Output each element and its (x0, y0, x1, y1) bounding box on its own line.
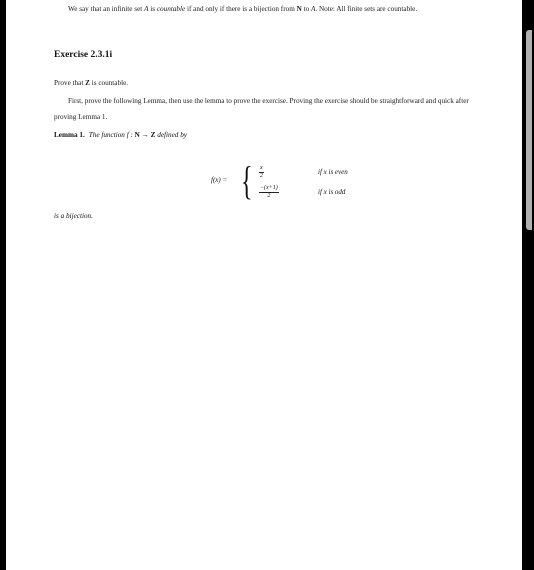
intro-text-2: is (148, 5, 156, 13)
intro-text-3: if and only if there is a bijection from (185, 5, 296, 13)
exercise-heading: Exercise 2.3.1i (54, 50, 112, 60)
formula-lhs: f(x) = (211, 176, 227, 184)
prompt-text: Prove that (54, 79, 85, 87)
intro-paragraph: We say that an infinite set A is countab… (54, 1, 482, 17)
lemma-text: The function (89, 131, 127, 139)
exercise-prompt: Prove that Z is countable. (54, 75, 482, 91)
case-even-condition: if x is even (318, 168, 348, 176)
defined-term: countable (157, 5, 185, 13)
case-even-value: x2 (259, 165, 264, 180)
intro-text-4: to (302, 5, 311, 13)
lemma-function: f : (127, 131, 135, 139)
prompt-text-2: is countable. (90, 79, 128, 87)
lemma-label: Lemma 1. (54, 131, 85, 139)
case2-denominator: 2 (259, 193, 279, 200)
case1-numerator: x (259, 165, 264, 173)
case1-denominator: 2 (259, 173, 264, 180)
lemma-conclusion: is a bijection. (54, 212, 93, 220)
instruction-paragraph: First, prove the following Lemma, then u… (54, 93, 482, 125)
scrollbar-thumb[interactable] (526, 30, 532, 230)
intro-text: We say that an infinite set (68, 5, 144, 13)
arrow-icon: → (140, 131, 151, 139)
instruction-text: First, prove the following Lemma, then u… (54, 97, 469, 121)
case2-numerator: −(x+1) (259, 185, 279, 193)
case-odd-condition: if x is odd (318, 188, 345, 196)
intro-text-5: . Note: All finite sets are countable. (315, 5, 417, 13)
document-page: We say that an infinite set A is countab… (6, 0, 522, 570)
lemma-text-2: defined by (155, 131, 187, 139)
case-odd-value: −(x+1)2 (259, 185, 279, 200)
left-brace-icon: { (241, 159, 253, 203)
lemma-statement: Lemma 1.The function f : N → Z defined b… (54, 131, 187, 139)
